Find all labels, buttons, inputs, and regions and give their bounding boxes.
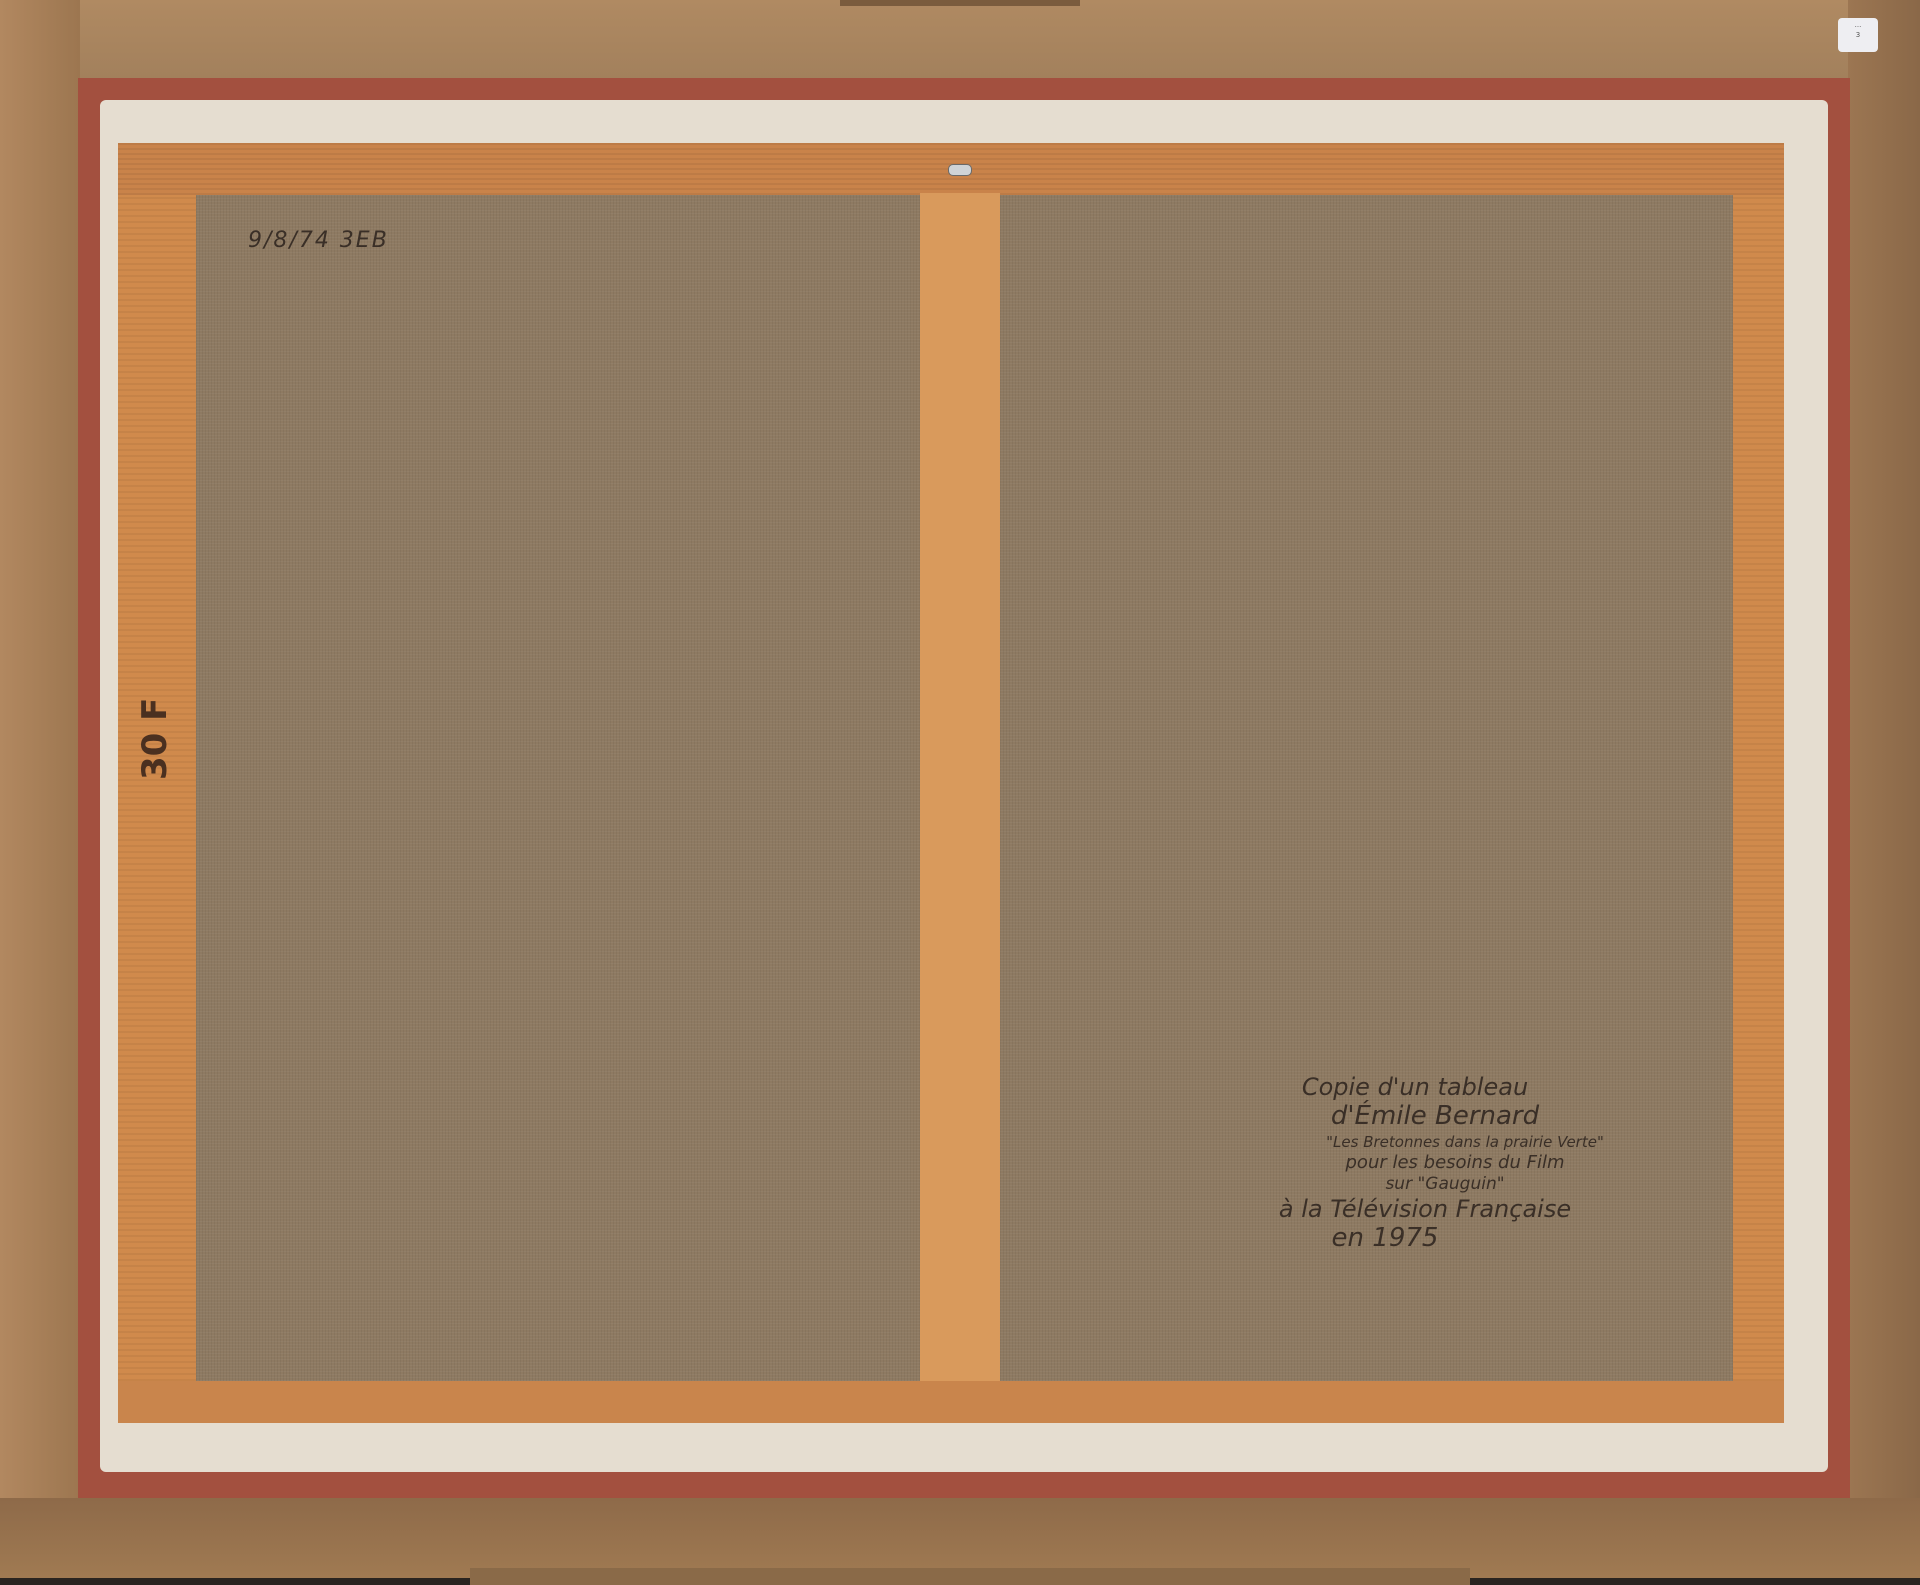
canvas-size-stamp: 30 F xyxy=(135,698,175,780)
date-mark: 9/8/74 3EB xyxy=(248,228,389,253)
canvas-panel-left xyxy=(196,195,920,1381)
stretcher-bottom-bar xyxy=(118,1381,1784,1423)
sticker-line-1: ... xyxy=(1838,20,1878,30)
easel-top-clamp xyxy=(840,0,1080,6)
inscription-line-1: Copie d'un tableau xyxy=(1175,1075,1655,1099)
handwritten-inscription: Copie d'un tableau d'Émile Bernard "Les … xyxy=(1235,1075,1655,1251)
frame-top-rail xyxy=(0,0,1920,80)
frame-right-rail xyxy=(1848,0,1920,1578)
inscription-line-4: pour les besoins du Film xyxy=(1255,1154,1655,1172)
inscription-line-3: "Les Bretonnes dans la prairie Verte" xyxy=(1275,1135,1655,1150)
stretcher-center-bar xyxy=(920,193,1000,1383)
inscription-line-6: à la Télévision Française xyxy=(1195,1197,1655,1221)
inscription-line-7: en 1975 xyxy=(1115,1225,1655,1251)
screw-icon xyxy=(948,164,972,176)
inventory-label-sticker: ... 3 xyxy=(1838,18,1878,52)
frame-bottom-rail xyxy=(0,1498,1920,1578)
sticker-line-2: 3 xyxy=(1838,30,1878,40)
frame-left-rail xyxy=(0,0,80,1578)
easel-ledge xyxy=(470,1568,1470,1585)
inscription-line-5: sur "Gauguin" xyxy=(1235,1176,1655,1193)
inscription-line-2: d'Émile Bernard xyxy=(1215,1103,1655,1129)
